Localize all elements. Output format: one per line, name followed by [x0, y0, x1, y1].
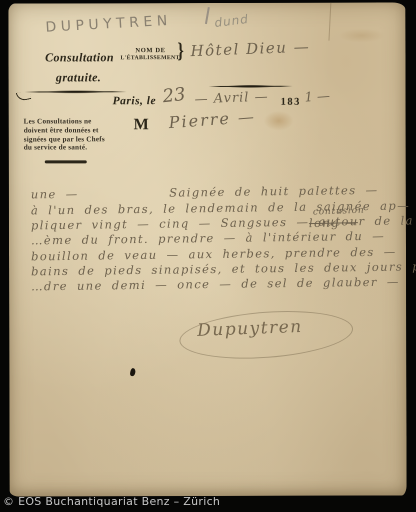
- pencil-annotation-note: dund: [214, 12, 250, 30]
- pencil-annotation-dupuytren: DUPUYTREN: [45, 13, 172, 36]
- printed-date-prefix: Paris, le: [113, 95, 157, 107]
- printed-brace: }: [177, 40, 183, 64]
- paper-crease: [328, 3, 331, 41]
- margin-note-line: du service de santé.: [24, 144, 126, 153]
- handwritten-day: 23: [162, 84, 187, 107]
- paper-stain: [338, 29, 384, 43]
- printed-etablissement-label-line1: NOM DE: [120, 47, 180, 55]
- printed-etablissement-label-line2: L'ÉTABLISSEMENT.: [120, 55, 180, 62]
- printed-etablissement-label: NOM DE L'ÉTABLISSEMENT.: [120, 47, 180, 62]
- printed-gratuite-label: gratuite.: [39, 70, 119, 85]
- ink-blot: [130, 368, 137, 377]
- handwritten-patient-name: Pierre —: [168, 107, 256, 132]
- paper-stain: [264, 111, 294, 131]
- decorative-flourish: [16, 90, 32, 102]
- handwritten-year-digit: 1 —: [304, 89, 330, 106]
- pencil-stroke-mark: [205, 7, 209, 24]
- decorative-rule: [25, 89, 127, 94]
- printed-consultation-label: Consultation: [29, 50, 129, 65]
- decorative-short-rule: [45, 160, 87, 163]
- document-paper: DUPUYTREN dund Consultation gratuite. NO…: [8, 2, 406, 496]
- margin-note-line: Les Consultations ne: [24, 117, 126, 126]
- photo-background: DUPUYTREN dund Consultation gratuite. NO…: [0, 0, 416, 512]
- signature-dupuytren: Dupuytren: [197, 317, 303, 341]
- margin-note-line: doivent être données et: [24, 126, 126, 135]
- interlined-correction: contusion: [313, 206, 365, 218]
- decorative-rule: [209, 84, 293, 89]
- margin-note-line: signées que par les Chefs: [24, 135, 126, 144]
- printed-year-prefix: 183: [281, 97, 301, 108]
- printed-margin-note: Les Consultations ne doivent être donnée…: [24, 117, 126, 152]
- copyright-caption: © EOS Buchantiquariat Benz – Zürich: [3, 495, 220, 508]
- printed-salutation-m: M: [134, 116, 149, 134]
- handwritten-month: — Avril —: [194, 90, 269, 108]
- handwritten-establishment: Hôtel Dieu —: [190, 38, 310, 60]
